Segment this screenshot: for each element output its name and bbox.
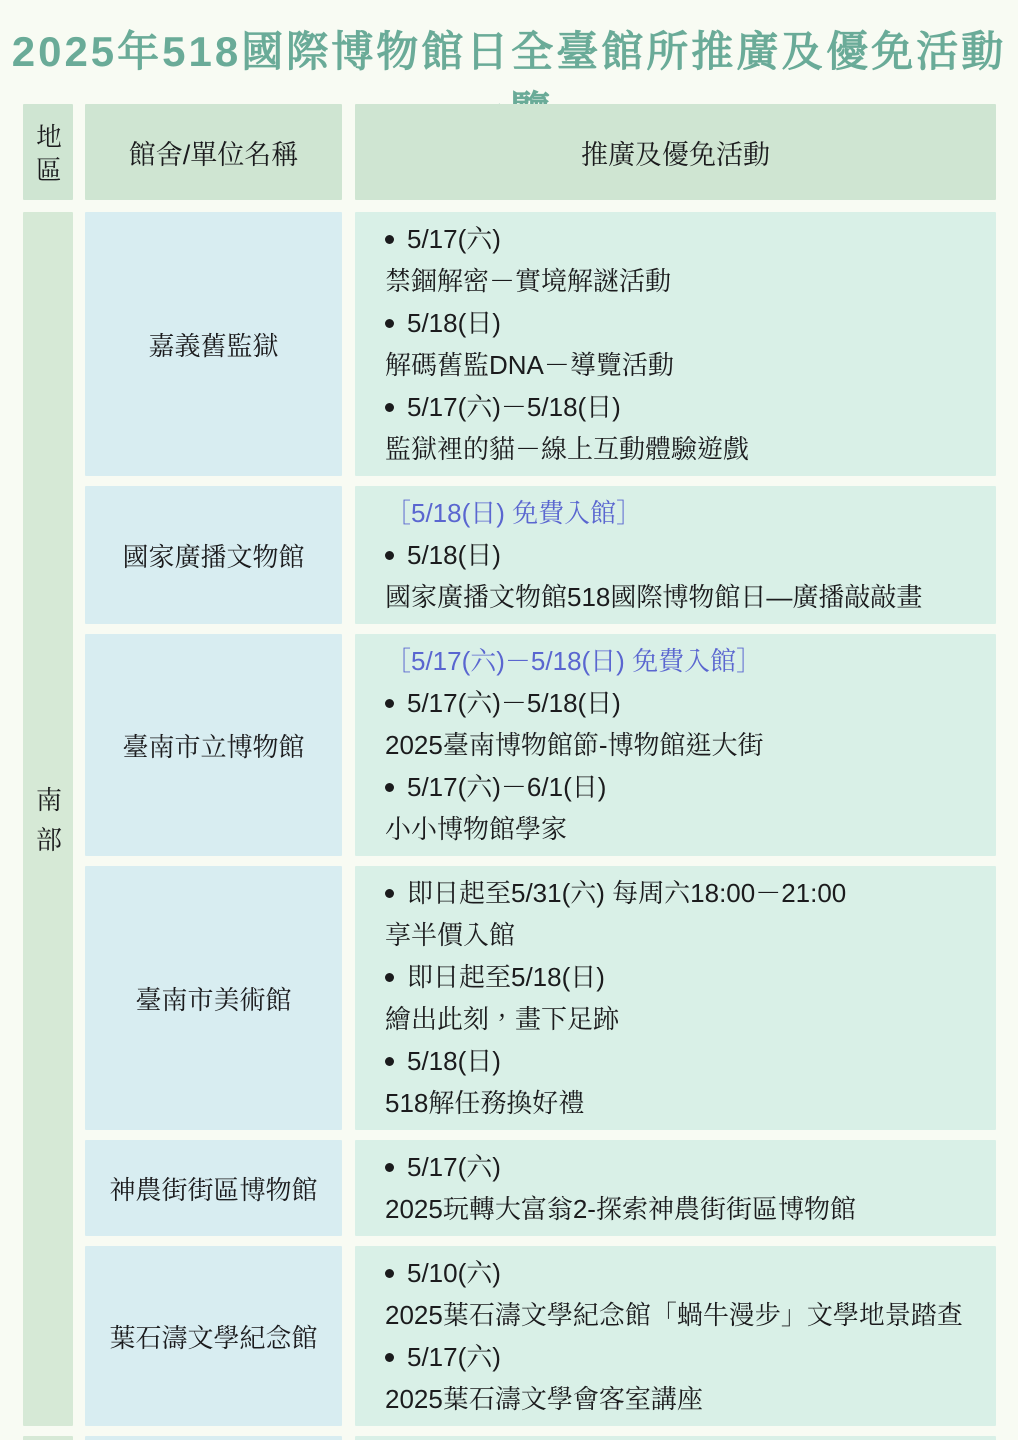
bullet-icon [385,551,394,560]
bullet-icon [385,235,394,244]
activity-name-line: 518解任務換好禮 [385,1082,986,1124]
line-text: 禁錮解密－實境解謎活動 [385,260,671,302]
free-admission-line: ［5/17(六)－5/18(日) 免費入館］ [385,640,986,682]
activity-name-line: 國家廣播文物館518國際博物館日—廣播敲敲畫 [385,576,986,618]
line-text: 5/18(日) [407,302,501,344]
activity-name-line: 小小博物館學家 [385,808,986,850]
line-text: 小小博物館學家 [385,808,567,850]
table-row: 臺南市立博物館 ［5/17(六)－5/18(日) 免費入館］5/17(六)－5/… [85,634,996,856]
activities-cell: 5/17(六)2025玩轉大富翁2-探索神農街街區博物館 [355,1140,996,1236]
table-row: 神農街街區博物館 5/17(六)2025玩轉大富翁2-探索神農街街區博物館 [85,1140,996,1236]
line-text: ［5/18(日) 免費入館］ [385,492,642,534]
region-label: 南部 [30,772,67,866]
activity-name-line: 解碼舊監DNA－導覽活動 [385,344,986,386]
museum-name-cell: 臺南市立博物館 [85,634,342,856]
activity-name-line: 享半價入館 [385,914,986,956]
museum-name-cell: 臺南市美術館 [85,866,342,1130]
activity-date-line: 5/17(六)－5/18(日) [385,682,986,724]
activity-date-line: 即日起至5/18(日) [385,956,986,998]
activity-name-line: 2025葉石濤文學紀念館「蝸牛漫步」文學地景踏查 [385,1294,986,1336]
header-museum-name: 館舍/單位名稱 [85,104,342,200]
museum-name-cell: 神農街街區博物館 [85,1140,342,1236]
line-text: 2025臺南博物館節-博物館逛大街 [385,724,764,766]
bullet-icon [385,973,394,982]
line-text: 5/18(日) [407,534,501,576]
activity-date-line: 5/18(日) [385,1040,986,1082]
bullet-icon [385,1163,394,1172]
header-region: 地區 [23,104,73,200]
activities-cell: ［5/18(日) 免費入館］5/18(日)國家廣播文物館518國際博物館日—廣播… [355,486,996,624]
line-text: 2025葉石濤文學會客室講座 [385,1378,703,1420]
line-text: 即日起至5/18(日) [407,956,605,998]
line-text: 518解任務換好禮 [385,1082,584,1124]
table-body: 南部 嘉義舊監獄 5/17(六)禁錮解密－實境解謎活動5/18(日)解碼舊監DN… [23,212,996,1426]
bullet-icon [385,889,394,898]
activity-name-line: 2025玩轉大富翁2-探索神農街街區博物館 [385,1188,986,1230]
activities-cell: ［5/17(六)－5/18(日) 免費入館］5/17(六)－5/18(日)202… [355,634,996,856]
free-admission-line: ［5/18(日) 免費入館］ [385,492,986,534]
events-table: 地區 館舍/單位名稱 推廣及優免活動 南部 嘉義舊監獄 5/17(六)禁錮解密－… [23,104,996,1440]
table-row: 臺南市美術館 即日起至5/31(六) 每周六18:00－21:00享半價入館即日… [85,866,996,1130]
bullet-icon [385,1269,394,1278]
museum-name-cell: 國家廣播文物館 [85,486,342,624]
line-text: 5/17(六)－5/18(日) [407,386,621,428]
activity-date-line: 5/18(日) [385,302,986,344]
line-text: 享半價入館 [385,914,515,956]
bullet-icon [385,783,394,792]
next-region-cell-sliver [23,1436,73,1440]
activity-name-line: 繪出此刻，畫下足跡 [385,998,986,1040]
line-text: 5/10(六) [407,1252,501,1294]
header-activities: 推廣及優免活動 [355,104,996,200]
activity-name-line: 禁錮解密－實境解謎活動 [385,260,986,302]
activity-date-line: 5/17(六) [385,1146,986,1188]
line-text: 5/17(六)－5/18(日) [407,682,621,724]
museum-name-cell: 葉石濤文學紀念館 [85,1246,342,1426]
table-row: 嘉義舊監獄 5/17(六)禁錮解密－實境解謎活動5/18(日)解碼舊監DNA－導… [85,212,996,476]
line-text: 即日起至5/31(六) 每周六18:00－21:00 [407,872,846,914]
museum-name-cell: 嘉義舊監獄 [85,212,342,476]
line-text: 5/17(六) [407,1336,501,1378]
bullet-icon [385,319,394,328]
next-name-cell-sliver [85,1436,342,1440]
activity-date-line: 5/17(六) [385,218,986,260]
activity-name-line: 2025臺南博物館節-博物館逛大街 [385,724,986,766]
activity-date-line: 5/18(日) [385,534,986,576]
bullet-icon [385,699,394,708]
activities-cell: 即日起至5/31(六) 每周六18:00－21:00享半價入館即日起至5/18(… [355,866,996,1130]
activity-date-line: 5/17(六)－5/18(日) [385,386,986,428]
bullet-icon [385,1057,394,1066]
poster-page: { "page": { "title": "2025年518國際博物館日全臺館所… [0,0,1018,1440]
activities-cell: 5/10(六)2025葉石濤文學紀念館「蝸牛漫步」文學地景踏查5/17(六)20… [355,1246,996,1426]
activity-name-line: 2025葉石濤文學會客室講座 [385,1378,986,1420]
line-text: 5/18(日) [407,1040,501,1082]
line-text: 5/17(六) [407,1146,501,1188]
next-row-sliver [23,1436,996,1440]
rows-container: 嘉義舊監獄 5/17(六)禁錮解密－實境解謎活動5/18(日)解碼舊監DNA－導… [85,212,996,1426]
activity-date-line: 5/10(六) [385,1252,986,1294]
line-text: 5/17(六)－6/1(日) [407,766,606,808]
line-text: 繪出此刻，畫下足跡 [385,998,619,1040]
bullet-icon [385,1353,394,1362]
activities-cell: 5/17(六)禁錮解密－實境解謎活動5/18(日)解碼舊監DNA－導覽活動5/1… [355,212,996,476]
table-row: 葉石濤文學紀念館 5/10(六)2025葉石濤文學紀念館「蝸牛漫步」文學地景踏查… [85,1246,996,1426]
line-text: 2025葉石濤文學紀念館「蝸牛漫步」文學地景踏查 [385,1294,963,1336]
region-cell-south: 南部 [23,212,73,1426]
activity-date-line: 5/17(六)－6/1(日) [385,766,986,808]
line-text: 國家廣播文物館518國際博物館日—廣播敲敲畫 [385,576,922,618]
activity-date-line: 5/17(六) [385,1336,986,1378]
page-title: 2025年518國際博物館日全臺館所推廣及優免活動一覽 [0,22,1018,82]
line-text: 2025玩轉大富翁2-探索神農街街區博物館 [385,1188,856,1230]
line-text: 解碼舊監DNA－導覽活動 [385,344,674,386]
next-activities-cell-sliver [355,1436,996,1440]
bullet-icon [385,403,394,412]
line-text: 5/17(六) [407,218,501,260]
header-region-label: 地區 [30,116,67,189]
table-row: 國家廣播文物館 ［5/18(日) 免費入館］5/18(日)國家廣播文物館518國… [85,486,996,624]
line-text: ［5/17(六)－5/18(日) 免費入館］ [385,640,762,682]
activity-name-line: 監獄裡的貓－線上互動體驗遊戲 [385,428,986,470]
activity-date-line: 即日起至5/31(六) 每周六18:00－21:00 [385,872,986,914]
line-text: 監獄裡的貓－線上互動體驗遊戲 [385,428,749,470]
table-header-row: 地區 館舍/單位名稱 推廣及優免活動 [23,104,996,200]
